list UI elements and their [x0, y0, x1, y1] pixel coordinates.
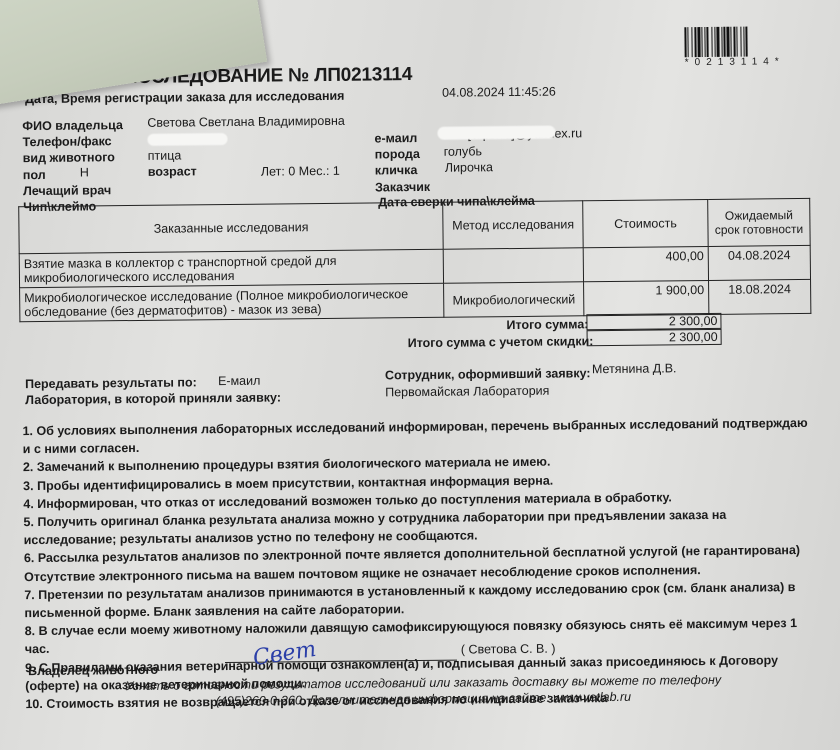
barcode-number: *0213114* [685, 56, 785, 68]
nickname-value: Лирочка [445, 160, 493, 175]
owner-label: ФИО владельца [22, 118, 123, 133]
lab-value: Первомайская Лаборатория [385, 384, 549, 400]
age-value: Лет: 0 Мес.: 1 [261, 164, 340, 179]
phone-label: Телефон/факс [22, 134, 111, 149]
header-due: Ожидаемый срок готовности [708, 198, 810, 246]
method-cell: Микробиологический [444, 282, 584, 317]
employee-label: Сотрудник, оформивший заявку: [385, 366, 591, 382]
barcode [684, 26, 804, 57]
owner-printed-name: ( Светова С. В. ) [461, 642, 556, 657]
owner-value: Светова Светлана Владимировна [147, 114, 345, 130]
sex-label: пол [23, 168, 46, 182]
owner-signature-label: Владелец животного [28, 663, 158, 678]
total-discount-label: Итого сумма с учетом скидки: [408, 334, 594, 350]
order-form-paper: ЗАКАЗ НА ИССЛЕДОВАНИЕ № ЛП0213114 *02131… [0, 0, 840, 750]
cost-cell: 1 900,00 [584, 280, 709, 315]
employee-value: Метянина Д.В. [592, 361, 677, 376]
header-method: Метод исследования [443, 201, 583, 249]
email-redaction [437, 126, 555, 140]
send-results-label: Передавать результаты по: [25, 375, 197, 391]
doctor-label: Лечащий врач [23, 183, 111, 198]
due-cell: 18.08.2024 [709, 279, 811, 314]
sex-value: Н [80, 165, 89, 179]
phone-redaction [147, 133, 227, 146]
animal-type-value: птица [148, 148, 182, 162]
registration-datetime: 04.08.2024 11:45:26 [442, 85, 556, 100]
animal-type-label: вид животного [23, 150, 115, 165]
table-header-row: Заказанные исследования Метод исследован… [19, 198, 810, 253]
due-cell: 04.08.2024 [708, 245, 810, 280]
email-label: е-маил [374, 131, 417, 145]
orders-table: Заказанные исследования Метод исследован… [18, 198, 811, 322]
breed-value: голубь [444, 144, 482, 158]
total-value: 2 300,00 [586, 313, 721, 330]
breed-label: порода [375, 147, 420, 161]
age-label: возраст [148, 164, 197, 179]
cost-cell: 400,00 [583, 246, 708, 281]
total-label: Итого сумма: [506, 317, 588, 332]
header-cost: Стоимость [583, 199, 708, 247]
lab-label: Лаборатория, в которой приняли заявку: [25, 390, 281, 407]
send-results-value: Е-маил [218, 374, 260, 388]
total-discount-value: 2 300,00 [587, 329, 722, 346]
nickname-label: кличка [375, 163, 418, 177]
method-cell [443, 248, 583, 283]
study-cell: Взятие мазка в коллектор с транспортной … [19, 249, 444, 287]
study-cell: Микробиологическое исследование (Полное … [20, 283, 445, 321]
customer-label: Заказчик [375, 180, 430, 195]
header-study: Заказанные исследования [19, 202, 444, 253]
